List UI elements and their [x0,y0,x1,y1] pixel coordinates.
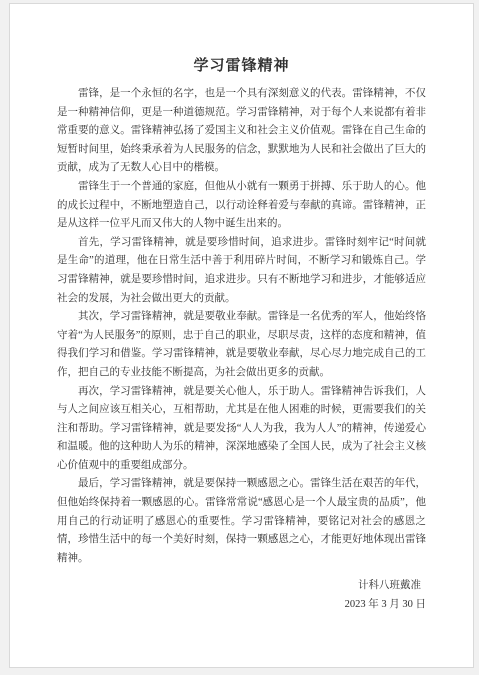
paragraph-first-point: 首先，学习雷锋精神，就是要珍惜时间，追求进步。雷锋时刻牢记“时间就是生命”的道理… [57,234,426,308]
document-body: 雷锋，是一个永恒的名字，也是一个具有深刻意义的代表。雷锋精神，不仅是一种精神信仰… [57,85,426,568]
signature-name: 计科八班戴准 [57,577,426,596]
signature-block: 计科八班戴准 2023 年 3 月 30 日 [57,577,426,614]
signature-date: 2023 年 3 月 30 日 [57,596,426,615]
document-title: 学习雷锋精神 [57,56,426,76]
document-page: 学习雷锋精神 雷锋，是一个永恒的名字，也是一个具有深刻意义的代表。雷锋精神，不仅… [9,3,474,668]
paragraph-intro: 雷锋，是一个永恒的名字，也是一个具有深刻意义的代表。雷锋精神，不仅是一种精神信仰… [57,85,426,178]
document-canvas: 学习雷锋精神 雷锋，是一个永恒的名字，也是一个具有深刻意义的代表。雷锋精神，不仅… [0,0,479,675]
paragraph-conclusion: 最后，学习雷锋精神，就是要保持一颗感恩之心。雷锋生活在艰苦的年代，但他始终保持着… [57,475,426,568]
document-content: 学习雷锋精神 雷锋，是一个永恒的名字，也是一个具有深刻意义的代表。雷锋精神，不仅… [10,4,473,615]
paragraph-background: 雷锋生于一个普通的家庭，但他从小就有一颗勇于拼搏、乐于助人的心。他的成长过程中，… [57,178,426,234]
paragraph-third-point: 再次，学习雷锋精神，就是要关心他人，乐于助人。雷锋精神告诉我们，人与人之间应该互… [57,383,426,476]
paragraph-second-point: 其次，学习雷锋精神，就是要敬业奉献。雷锋是一名优秀的军人，他始终恪守着“为人民服… [57,308,426,382]
